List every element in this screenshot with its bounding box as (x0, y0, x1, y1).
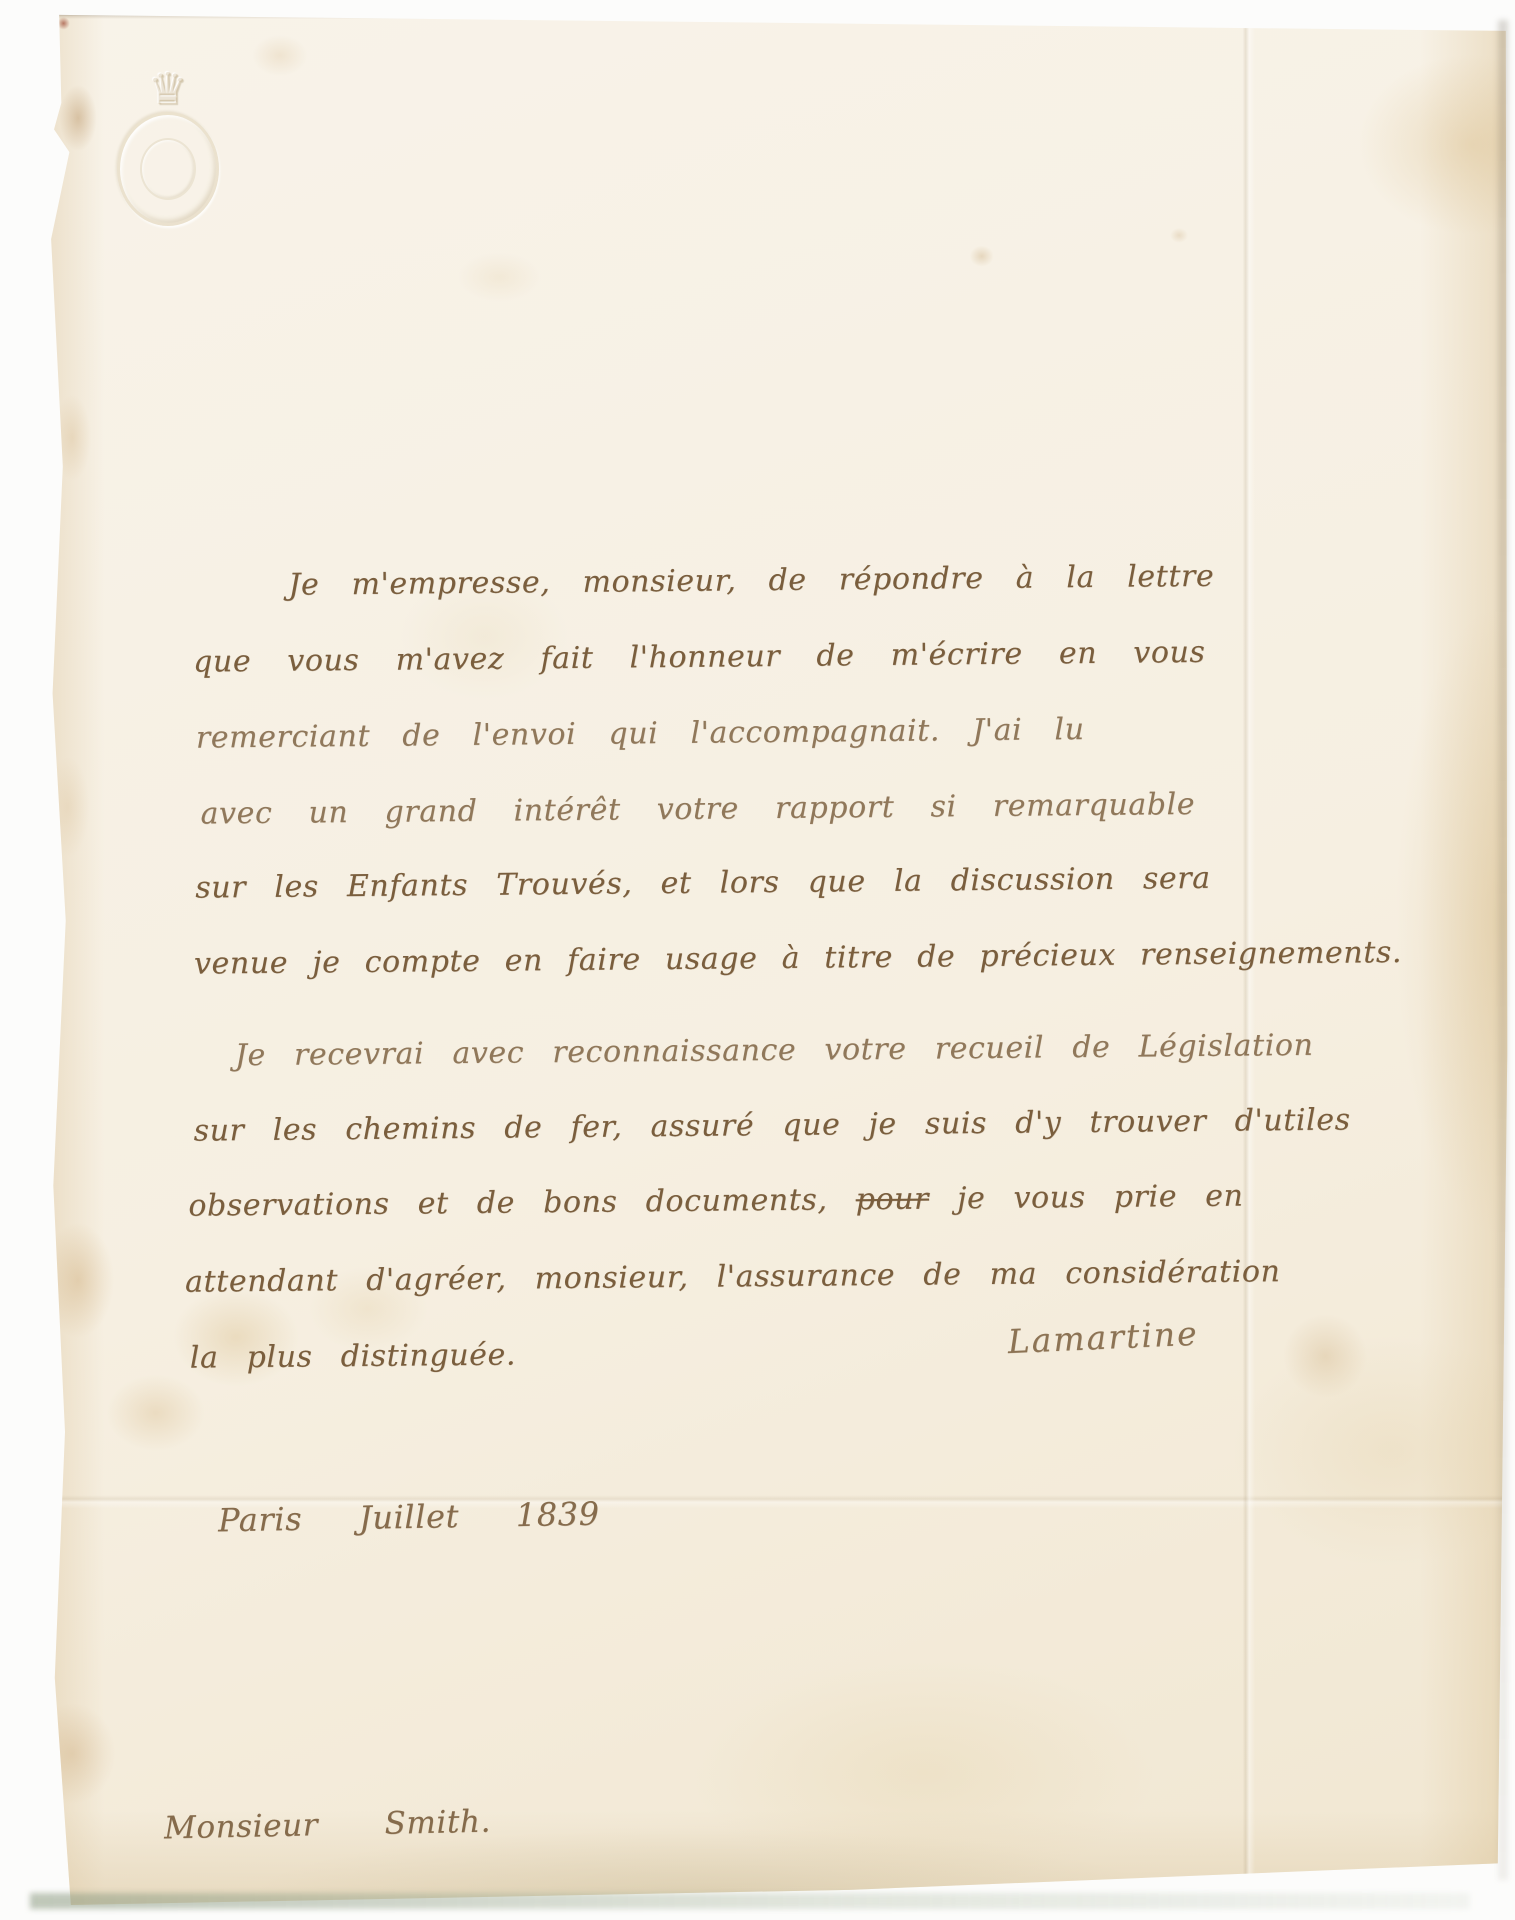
letter-line: sur les chemins de fer, assuré que je su… (193, 1104, 1350, 1149)
letter-page: ♛ Je m'empresse, monsieur, de répondre à… (46, 12, 1508, 1905)
paper-right-shadow (1498, 20, 1508, 1880)
letter-line: avec un grand intérêt votre rapport si r… (200, 788, 1195, 832)
letter-line: venue je compte en faire usage à titre d… (194, 936, 1402, 982)
letter-line-segment: observations et de bons documents, (188, 1183, 828, 1224)
letter-line: que vous m'avez fait l'honneur de m'écri… (193, 636, 1206, 680)
addressee: Monsieur Smith. (164, 1805, 492, 1846)
letter-line: attendant d'agréer, monsieur, l'assuranc… (185, 1255, 1281, 1300)
paper-bottom-shadow (30, 1893, 1470, 1909)
signature: Lamartine (1007, 1317, 1199, 1359)
letter-line: remerciant de l'envoi qui l'accompagnait… (196, 713, 1085, 756)
letter-line: Je recevrai avec reconnaissance votre re… (235, 1029, 1314, 1073)
letter-line: Je m'empresse, monsieur, de répondre à l… (288, 560, 1214, 603)
letter-line-segment: je vous prie en (957, 1179, 1244, 1217)
letter-line: la plus distinguée. (190, 1339, 517, 1376)
letter-line: sur les Enfants Trouvés, et lors que la … (195, 862, 1211, 906)
dateline: Paris Juillet 1839 (218, 1497, 600, 1538)
letter-line: observations et de bons documents, pour … (188, 1180, 1243, 1224)
crossed-out-word: pour (856, 1182, 930, 1218)
letter-body: Je m'empresse, monsieur, de répondre à l… (37, 5, 1515, 1912)
